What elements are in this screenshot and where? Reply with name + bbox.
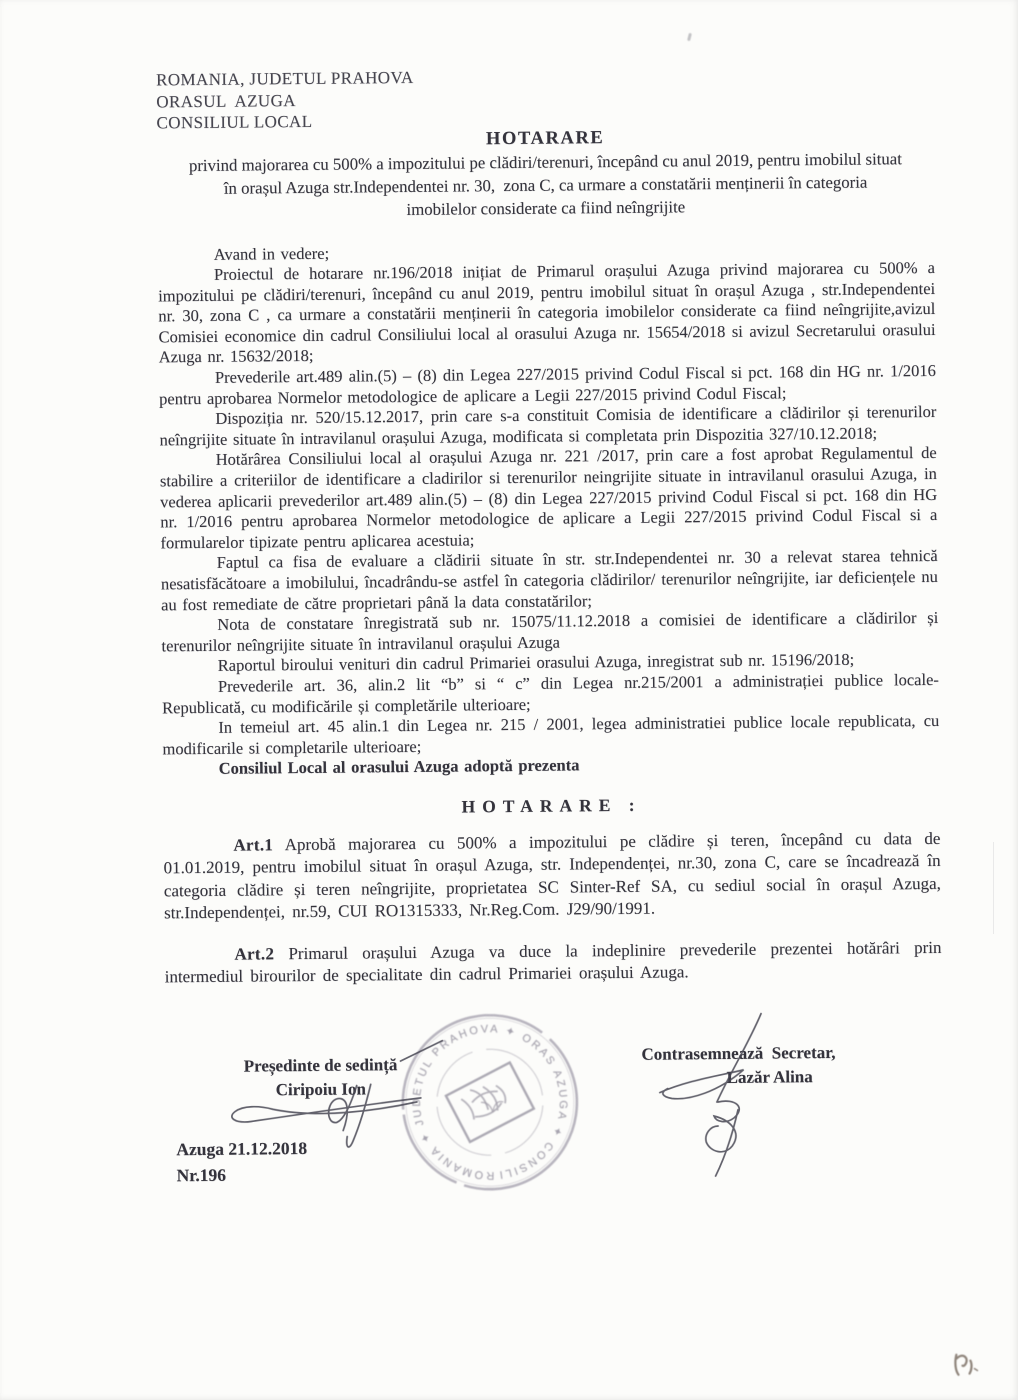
document-content: ROMANIA, JUDETUL PRAHOVA ORASUL AZUGA CO… <box>0 0 1018 1400</box>
recital-paragraph: Faptul ca fisa de evaluare a clădirii si… <box>161 546 939 615</box>
article-2-paragraph: Art.2 Primarul orașului Azuga va duce la… <box>164 936 941 988</box>
recital-paragraph: Proiectul de hotarare nr.196/2018 iniția… <box>158 258 936 368</box>
signature-section: ROMANIA ✦ JUDETUL PRAHOVA ✦ ORAS AZUGA ✦… <box>165 1000 946 1400</box>
article-1-paragraph: Art.1 Aprobă majorarea cu 500% a impozit… <box>163 828 941 925</box>
decision-number: Nr.196 <box>176 1162 307 1189</box>
decision-heading: HOTARARE : <box>163 792 940 820</box>
scan-edge-artifact <box>993 842 994 934</box>
article-2-label: Art.2 <box>234 944 274 963</box>
date-and-number-block: Azuga 21.12.2018 Nr.196 <box>176 1136 307 1188</box>
article-2-text: Primarul orașului Azuga va duce la indep… <box>165 937 942 986</box>
recitals-section: Avand in vedere; Proiectul de hotarare n… <box>158 237 940 780</box>
recital-paragraph: Hotărârea Consiliului local al orașului … <box>160 443 938 553</box>
secretary-signature-stroke <box>617 1012 789 1184</box>
article-1-text: Aprobă majorarea cu 500% a impozitului p… <box>164 829 941 923</box>
ink-smudge-mark <box>948 1345 988 1383</box>
article-1-label: Art.1 <box>233 835 273 854</box>
issuing-authority-block: ROMANIA, JUDETUL PRAHOVA ORASUL AZUGA CO… <box>156 62 934 134</box>
document-subtitle: privind majorarea cu 500% a impozitului … <box>157 146 935 222</box>
place-and-date: Azuga 21.12.2018 <box>176 1136 307 1163</box>
scanned-document-page: ROMANIA, JUDETUL PRAHOVA ORASUL AZUGA CO… <box>0 0 1018 1400</box>
